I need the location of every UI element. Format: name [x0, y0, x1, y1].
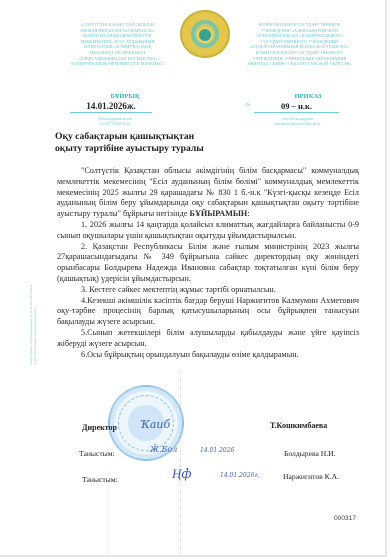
address-kz: Александровка ауылы Тел. 8(71543)5-21-65	[80, 117, 150, 127]
title-line: оқыту тәртібіне ауыстыру туралы	[55, 143, 235, 155]
margin-note-line: Бланк бүтін сұраныс нөмірін міндеттемесі	[33, 205, 37, 365]
org-line: АКИМАТА СЕВЕРО - КАЗАХСТАНСКОЙ ОБЛАСТИ»	[232, 61, 367, 67]
director-signature-icon: Ҡаиб	[140, 418, 170, 431]
order-item: 1. 2026 жылғы 14 қаңтарда қолайсыз клима…	[57, 220, 359, 242]
address-ru: село Александровка aleksandrovka-oko-esi…	[255, 117, 340, 127]
order-item: 2. Қазақстан Республикасы Білім және ғыл…	[57, 242, 359, 285]
state-emblem-icon	[180, 10, 230, 58]
acquainted-date-1: 14.01.2026	[200, 447, 234, 454]
header-org-kz: «СОЛТҮСТІК ҚАЗАҚСТАН ОБЛЫСЫ ӘКІМДІГІНІҢ …	[55, 22, 180, 67]
order-number: 09 – н.к.	[254, 101, 339, 113]
order-date: 14.01.2026ж.	[70, 101, 152, 113]
acquainted-name-2: Наржигитов К.А.	[283, 472, 339, 481]
order-item: 4.Кезекші әкімшілік кәсіптік бағдар беру…	[57, 296, 359, 328]
margin-note: Бланк сұраныс бойынша жарамды білім сала…	[29, 205, 43, 365]
director-name: Т.Кошкимбаева	[270, 421, 327, 430]
order-title-ru: ПРИКАЗ	[278, 93, 338, 100]
order-item: 5.Сынып жетекшілері білім алушыларды қаб…	[57, 328, 359, 350]
document-page: «СОЛТҮСТІК ҚАЗАҚСТАН ОБЛЫСЫ ӘКІМДІГІНІҢ …	[0, 0, 387, 557]
order-word: БҰЙЫРАМЫН	[190, 209, 248, 218]
document-title: Оқу сабақтарын қашықтықтан оқыту тәртібі…	[55, 131, 235, 155]
acquainted-date-2: 14.01.2026г.	[220, 472, 259, 479]
order-number-label: №	[246, 103, 251, 108]
email-line: aleksandrovka-oko-esil@edu.kz	[255, 122, 340, 127]
acquainted-name-1: Болдырева Н.И.	[284, 449, 336, 458]
preamble: "Солтүстік Қазақстан облысы әкімдігінің …	[57, 166, 359, 220]
order-item: 3. Кестеге сәйкес мектептің жұмыс тәртіб…	[57, 285, 359, 296]
director-label: Директор	[82, 423, 117, 432]
signature-1-icon: Ӂ.Бол	[150, 445, 177, 454]
document-serial-number: 000317	[334, 515, 356, 522]
acquainted-label-2: Таныстым:	[82, 475, 118, 484]
fold-line	[180, 370, 181, 555]
phone-line: Тел. 8(71543)5-21-65	[80, 122, 150, 127]
org-line: КОММУНАЛДЫҚ МЕМЛЕКЕТТІК МЕКЕМЕСІ	[55, 61, 180, 67]
title-line: Оқу сабақтарын қашықтықтан	[55, 131, 235, 143]
header-org-ru: КОММУНАЛЬНОЕ ГОСУДАРСТВЕННОЕ УЧРЕЖДЕНИЕ …	[232, 22, 367, 67]
order-item: 6.Осы бұйрықтың орындалуын бақылауды өзі…	[57, 350, 359, 361]
acquainted-label-1: Таныстым:	[79, 449, 115, 458]
signature-2-icon: Ӊф	[172, 466, 192, 482]
document-body: "Солтүстік Қазақстан облысы әкімдігінің …	[57, 166, 359, 360]
order-title-kz: БҰЙРЫҚ	[95, 93, 155, 100]
